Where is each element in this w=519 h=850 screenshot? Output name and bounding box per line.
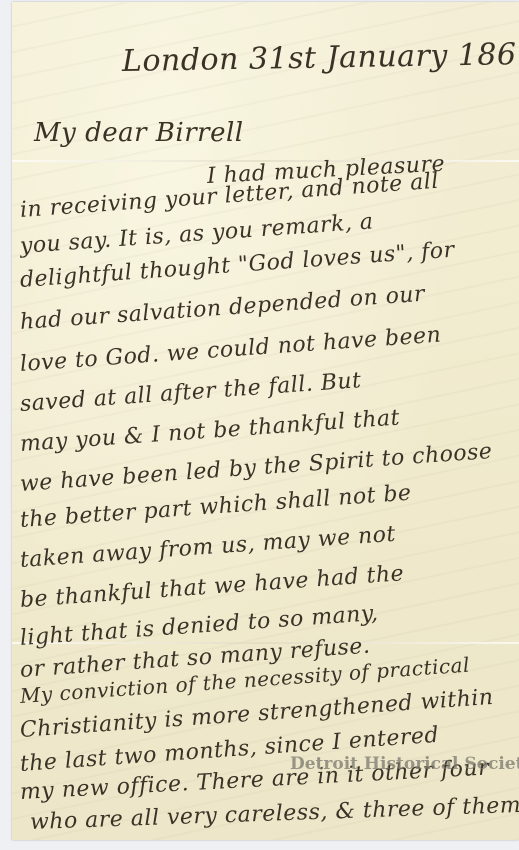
letter-place-date: London 31st January 1861 <box>122 37 519 79</box>
letter-page: London 31st January 1861 My dear Birrell… <box>12 2 519 840</box>
letter-salutation: My dear Birrell <box>34 118 244 148</box>
letter-line: saved at all after the fall. But <box>19 368 362 417</box>
letter-line: love to God. we could not have been <box>19 323 442 377</box>
watermark: Detroit Historical Society <box>290 754 519 774</box>
